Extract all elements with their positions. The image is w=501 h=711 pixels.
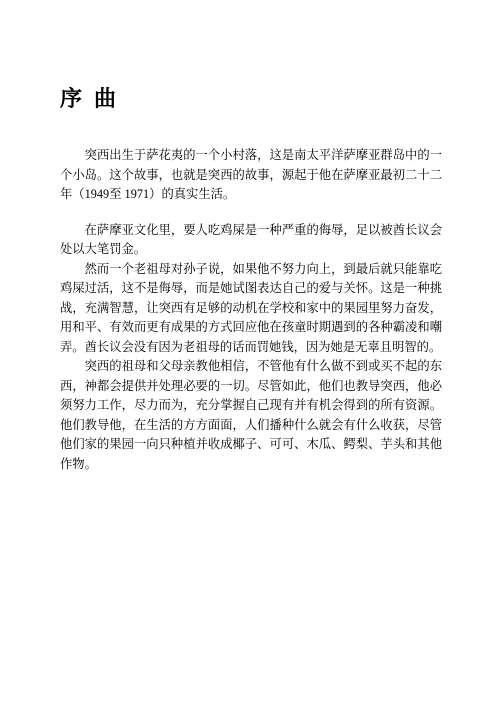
- chapter-title: 序曲: [60, 87, 442, 110]
- paragraph: 在萨摩亚文化里，要人吃鸡屎是一种严重的侮辱，足以被酋长议会处以大笔罚金。: [60, 221, 442, 260]
- paragraph: 突西的祖母和父母亲教他相信，不管他有什么做不到或买不起的东西，神都会提供并处理必…: [60, 357, 442, 474]
- paragraph: 突西出生于萨花夷的一个小村落，这是南太平洋萨摩亚群岛中的一个小岛。这个故事，也就…: [60, 146, 442, 205]
- document-page: 序曲 突西出生于萨花夷的一个小村落，这是南太平洋萨摩亚群岛中的一个小岛。这个故事…: [0, 0, 501, 711]
- chapter-body: 突西出生于萨花夷的一个小村落，这是南太平洋萨摩亚群岛中的一个小岛。这个故事，也就…: [60, 146, 442, 474]
- text-block: 序曲 突西出生于萨花夷的一个小村落，这是南太平洋萨摩亚群岛中的一个小岛。这个故事…: [60, 87, 442, 474]
- paragraph: 然而一个老祖母对孙子说，如果他不努力向上，到最后就只能靠吃鸡屎过活，这不是侮辱，…: [60, 260, 442, 358]
